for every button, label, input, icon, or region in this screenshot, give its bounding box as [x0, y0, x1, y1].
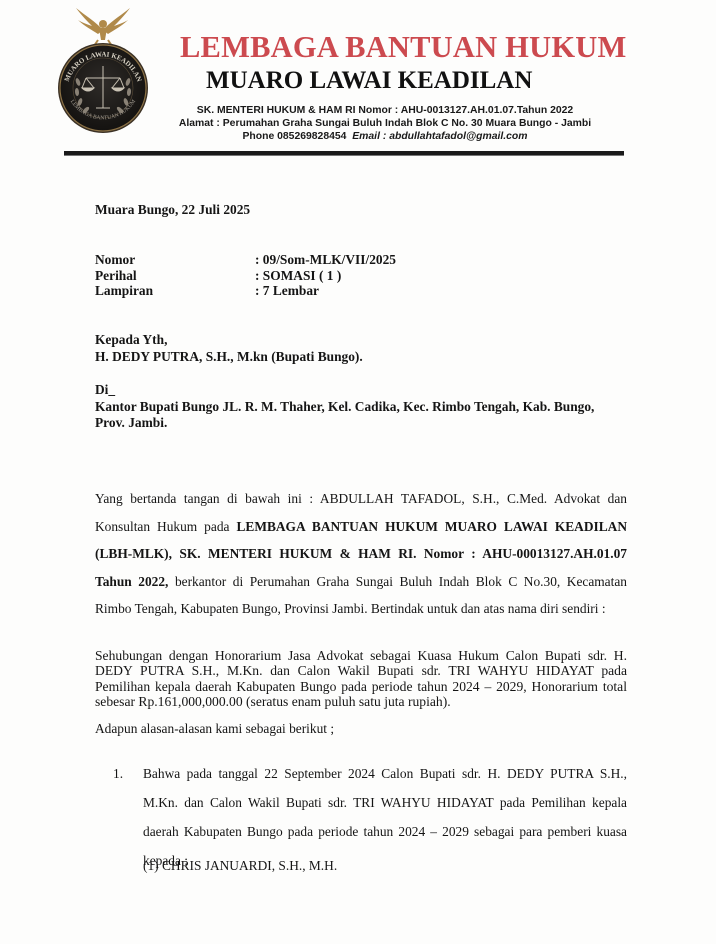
reasons-intro: Adapun alasan-alasan kami sebagai beriku… — [95, 721, 627, 737]
meta-label: Perihal — [95, 268, 255, 284]
meta-row-nomor: Nomor : 09/Som-MLK/VII/2025 — [95, 252, 396, 268]
intro-paragraph: Yang bertanda tangan di bawah ini : ABDU… — [95, 485, 627, 623]
org-title-secondary: MUARO LAWAI KEADILAN — [206, 67, 666, 95]
list-number: 1. — [113, 759, 143, 875]
recipient-di: Di_ — [95, 382, 627, 399]
recipient-name: H. DEDY PUTRA, S.H., M.kn (Bupati Bungo)… — [95, 349, 627, 366]
sk-decree-line: SK. MENTERI HUKUM & HAM RI Nomor : AHU-0… — [170, 104, 600, 117]
email-label: Email : — [352, 131, 386, 142]
meta-label: Lampiran — [95, 283, 255, 299]
attorney-item: (1) CHRIS JANUARDI, S.H., M.H. — [143, 858, 337, 874]
place-date: Muara Bungo, 22 Juli 2025 — [95, 202, 627, 218]
intro-text-2: berkantor di Perumahan Graha Sungai Bulu… — [95, 574, 627, 617]
letterhead-info: SK. MENTERI HUKUM & HAM RI Nomor : AHU-0… — [170, 104, 600, 143]
letterhead-divider — [64, 151, 624, 156]
org-title-primary: LEMBAGA BANTUAN HUKUM — [180, 30, 700, 65]
address-line: Alamat : Perumahan Graha Sungai Buluh In… — [170, 117, 600, 130]
lbh-emblem-logo-icon: MUARO LAWAI KEADILAN LEMBAGA BANTUAN HUK… — [48, 2, 158, 136]
letter-meta: Nomor : 09/Som-MLK/VII/2025 Perihal : SO… — [95, 252, 396, 299]
recipient-address: Kantor Bupati Bungo JL. R. M. Thaher, Ke… — [95, 399, 627, 432]
meta-row-perihal: Perihal : SOMASI ( 1 ) — [95, 268, 396, 284]
meta-value: : 09/Som-MLK/VII/2025 — [255, 252, 396, 268]
meta-value: : SOMASI ( 1 ) — [255, 268, 341, 284]
letterhead: MUARO LAWAI KEADILAN LEMBAGA BANTUAN HUK… — [0, 0, 716, 160]
meta-row-lampiran: Lampiran : 7 Lembar — [95, 283, 396, 299]
recipient-block: Kepada Yth, H. DEDY PUTRA, S.H., M.kn (B… — [95, 332, 627, 432]
meta-value: : 7 Lembar — [255, 283, 319, 299]
email-address: abdullahtafadol@gmail.com — [389, 131, 527, 142]
honorarium-paragraph: Sehubungan dengan Honorarium Jasa Advoka… — [95, 648, 627, 709]
phone-text: Phone 085269828454 — [242, 131, 346, 142]
salutation: Kepada Yth, — [95, 332, 627, 349]
meta-label: Nomor — [95, 252, 255, 268]
contact-line: Phone 085269828454 Email : abdullahtafad… — [170, 130, 600, 143]
